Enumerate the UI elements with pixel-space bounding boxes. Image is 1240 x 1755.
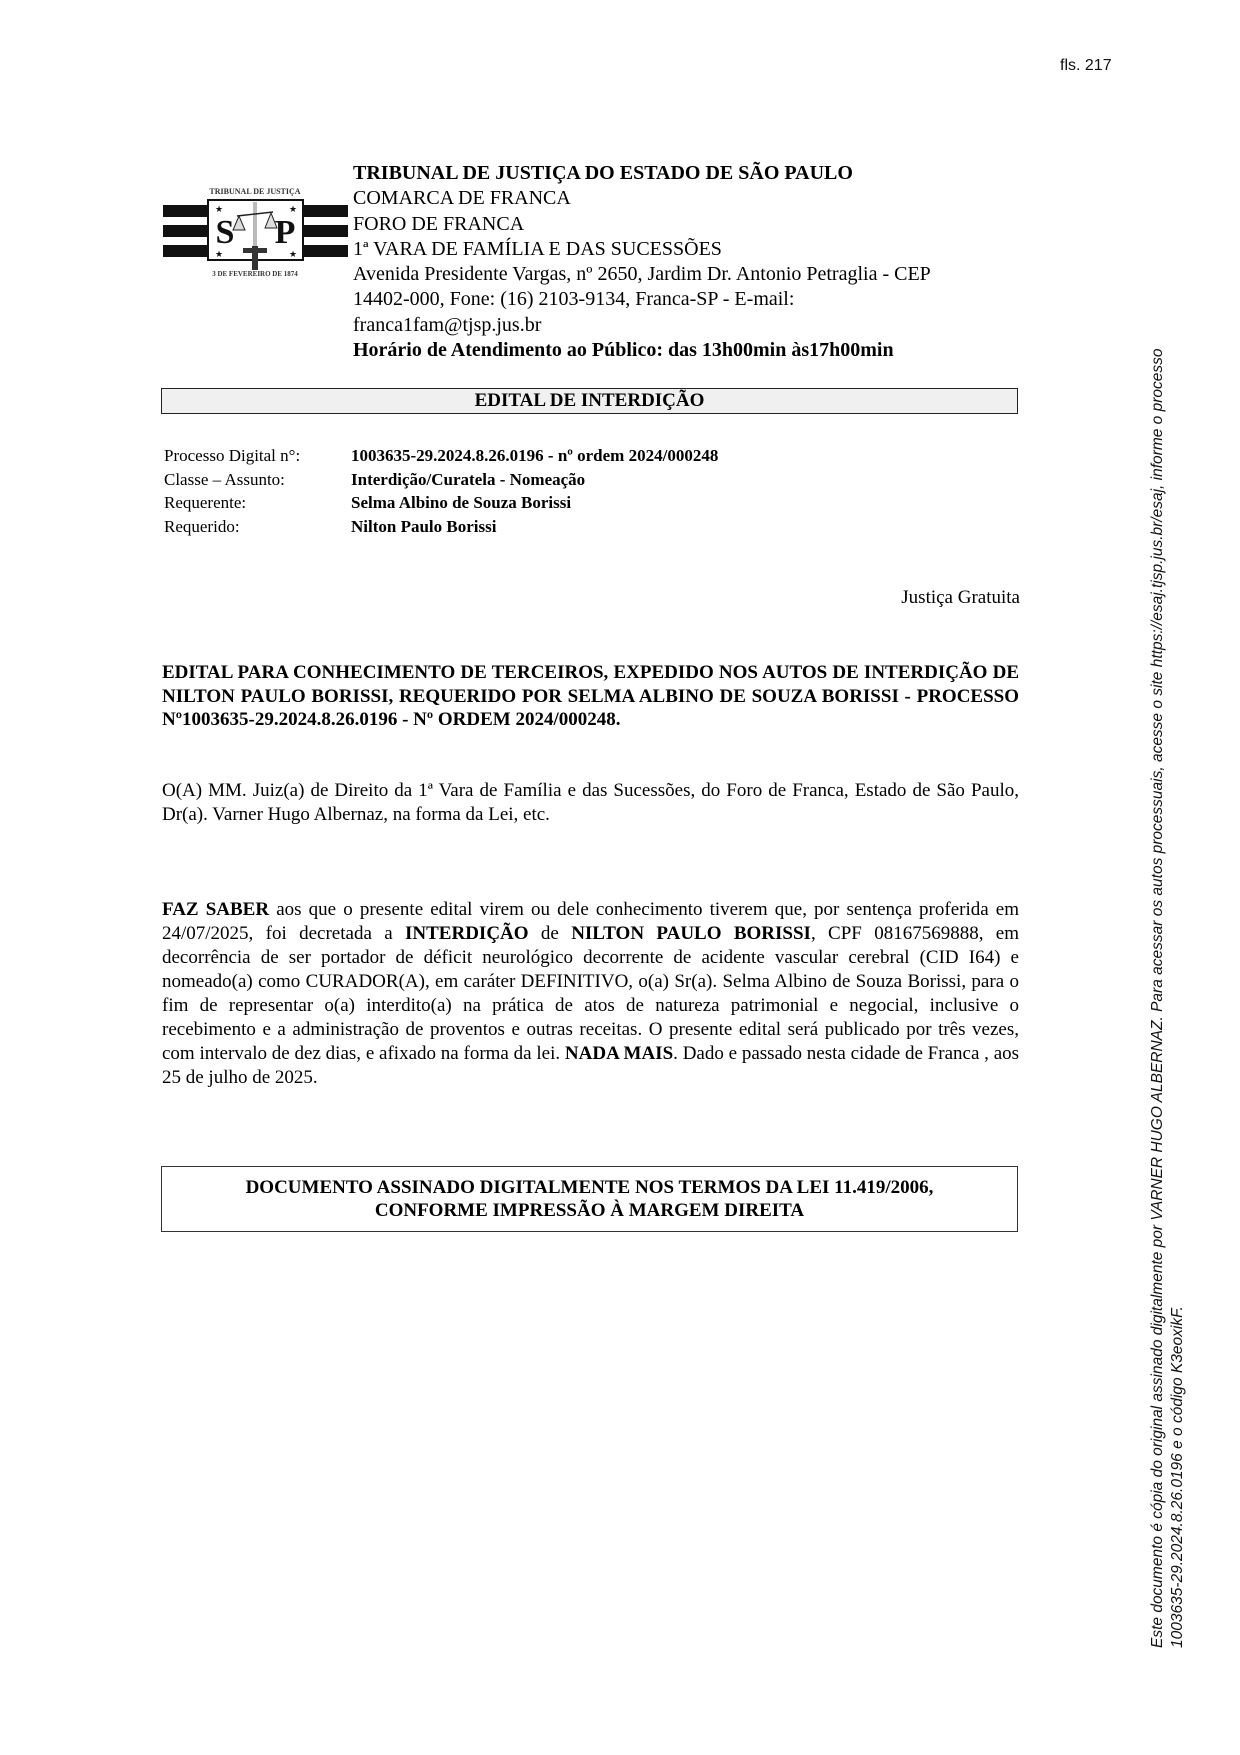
svg-text:★: ★ [289, 249, 297, 259]
info-row-classe: Classe – Assunto: Interdição/Curatela - … [164, 468, 718, 492]
document-title: EDITAL DE INTERDIÇÃO [161, 388, 1018, 414]
justica-gratuita: Justiça Gratuita [901, 587, 1020, 609]
comarca: COMARCA DE FRANCA [353, 186, 931, 211]
svg-text:P: P [275, 214, 296, 251]
svg-text:★: ★ [215, 249, 223, 259]
court-name: TRIBUNAL DE JUSTIÇA DO ESTADO DE SÃO PAU… [353, 161, 931, 186]
court-header: TRIBUNAL DE JUSTIÇA DO ESTADO DE SÃO PAU… [353, 161, 931, 363]
process-info: Processo Digital n°: 1003635-29.2024.8.2… [164, 444, 718, 538]
info-row-processo: Processo Digital n°: 1003635-29.2024.8.2… [164, 444, 718, 468]
info-row-requerente: Requerente: Selma Albino de Souza Boriss… [164, 491, 718, 515]
edital-heading: EDITAL PARA CONHECIMENTO DE TERCEIROS, E… [162, 661, 1019, 732]
digital-signature-notice: DOCUMENTO ASSINADO DIGITALMENTE NOS TERM… [161, 1166, 1018, 1232]
judge-paragraph: O(A) MM. Juiz(a) de Direito da 1ª Vara d… [162, 779, 1019, 827]
page-number: fls. 217 [1060, 57, 1112, 75]
foro: FORO DE FRANCA [353, 212, 931, 237]
info-row-requerido: Requerido: Nilton Paulo Borissi [164, 515, 718, 539]
address-line-1: Avenida Presidente Vargas, nº 2650, Jard… [353, 262, 931, 287]
faz-saber-paragraph: FAZ SABER aos que o presente edital vire… [162, 898, 1019, 1090]
office-hours: Horário de Atendimento ao Público: das 1… [353, 338, 931, 363]
svg-text:S: S [216, 214, 235, 251]
tjsp-logo: TRIBUNAL DE JUSTIÇA S P ★ ★ ★ ★ 3 DE FEV… [163, 150, 348, 280]
svg-text:★: ★ [215, 204, 223, 214]
email: franca1fam@tjsp.jus.br [353, 313, 931, 338]
svg-text:3 DE FEVEREIRO DE 1874: 3 DE FEVEREIRO DE 1874 [212, 270, 298, 278]
svg-text:TRIBUNAL DE JUSTIÇA: TRIBUNAL DE JUSTIÇA [209, 187, 300, 196]
address-line-2: 14402-000, Fone: (16) 2103-9134, Franca-… [353, 287, 931, 312]
svg-text:★: ★ [289, 204, 297, 214]
vara: 1ª VARA DE FAMÍLIA E DAS SUCESSÕES [353, 237, 931, 262]
side-authenticity-note: Este documento é cópia do original assin… [1148, 349, 1188, 1648]
